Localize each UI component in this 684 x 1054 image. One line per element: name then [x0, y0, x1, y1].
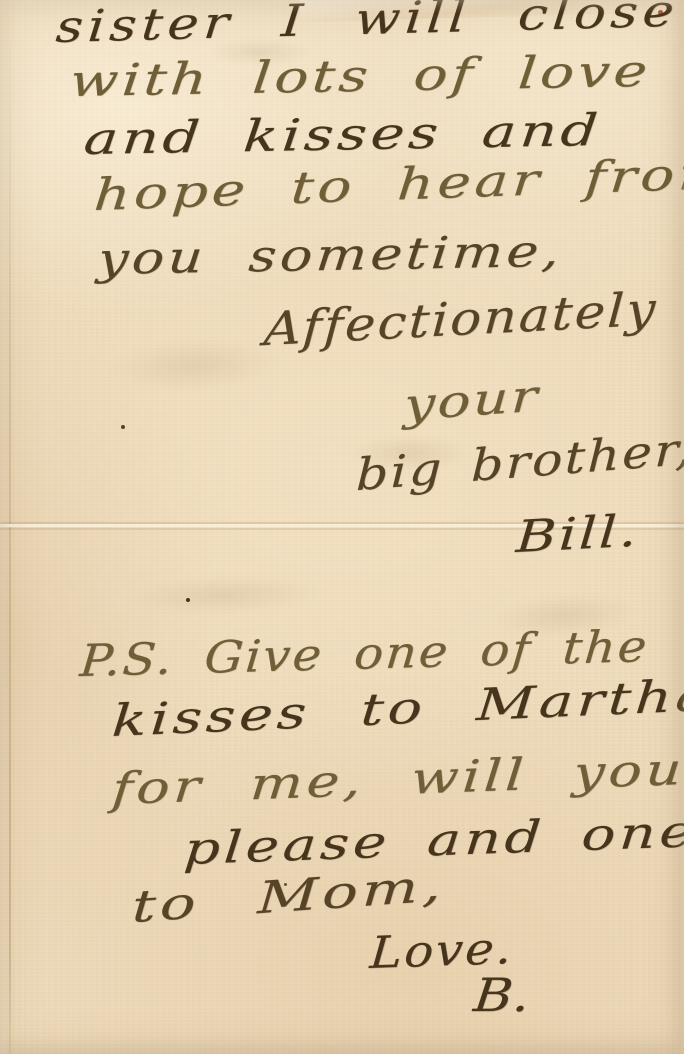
handwriting-line-2: with lots of love — [68, 48, 653, 107]
handwriting-line-8: big brother, — [355, 425, 684, 500]
handwriting-line-9: Bill. — [515, 507, 641, 562]
ink-speck — [121, 425, 125, 429]
ink-speck — [186, 598, 190, 602]
handwriting-line-5: you sometime, — [96, 228, 565, 285]
ink-bleed-through-mark — [94, 565, 356, 624]
handwriting-line-12: for me, will you — [110, 746, 684, 815]
handwriting-line-7: your — [403, 372, 540, 430]
handwriting-line-6: Affectionately — [263, 283, 659, 354]
handwriting-line-14: to Mom, — [131, 862, 446, 933]
handwriting-line-1: sister I will close — [54, 0, 680, 52]
letter-paper: sister I will close with lots of love an… — [0, 0, 684, 1054]
handwriting-line-16: B. — [471, 970, 532, 1021]
